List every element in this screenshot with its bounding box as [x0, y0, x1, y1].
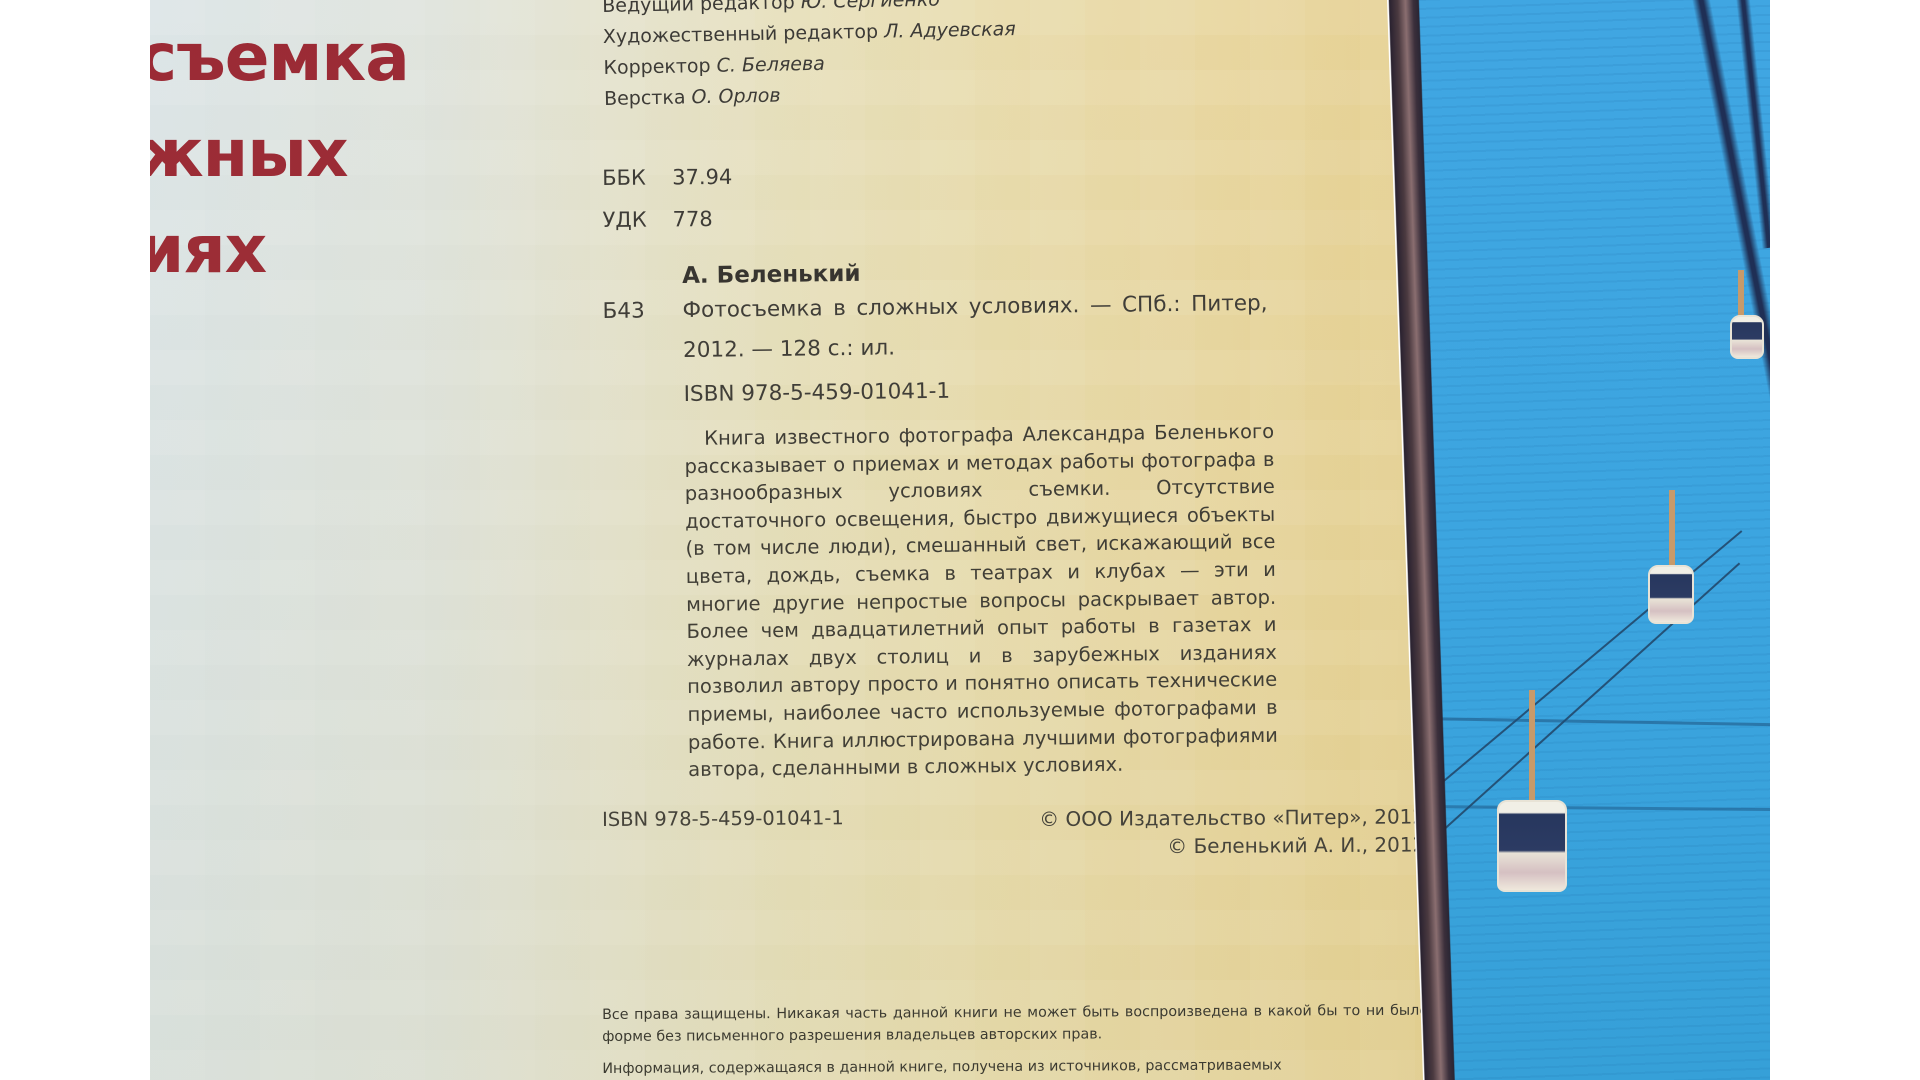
- info-notice: Информация, содержащаяся в данной книге,…: [602, 1054, 1428, 1080]
- credit-row: Ведущий редактор Ю. Сергиенко: [602, 0, 1015, 22]
- gondola-icon: [1495, 690, 1575, 900]
- copyright-block: © ООО Издательство «Питер», 2012 © Белен…: [910, 802, 1425, 862]
- gondola-icon: [1645, 490, 1695, 630]
- classification-code: УДК: [602, 198, 672, 241]
- book-abstract: Книга известного фотографа Александра Бе…: [684, 418, 1278, 784]
- book-title-line: Фотосъемка в сложных условиях. — СПб.: П…: [682, 284, 1267, 331]
- copyright-publisher: © ООО Издательство «Питер», 2012: [910, 802, 1425, 834]
- credit-row: Художественный редактор Л. Адуевская: [603, 14, 1016, 53]
- cover-title-line: съемка: [150, 10, 409, 106]
- classification-value: 778: [672, 207, 712, 231]
- isbn-line: ISBN 978-5-459-01041-1: [683, 367, 1303, 415]
- water-streak: [1420, 717, 1770, 726]
- credit-role: Корректор: [603, 55, 711, 79]
- credit-name: Л. Адуевская: [884, 18, 1016, 43]
- credit-name: О. Орлов: [691, 85, 780, 109]
- legal-notice: Все права защищены. Никакая часть данной…: [602, 1000, 1428, 1080]
- catalog-code: Б43: [602, 291, 682, 332]
- credit-name: С. Беляева: [716, 53, 825, 77]
- classification-codes: ББК37.94 УДК778: [602, 156, 733, 241]
- classification-code: ББК: [602, 156, 672, 199]
- credit-role: Верстка: [604, 86, 686, 110]
- cover-title-line: иях: [150, 202, 409, 298]
- credit-role: Ведущий редактор: [602, 0, 795, 17]
- author-name: А. Беленький: [682, 253, 1302, 291]
- publication-line: 2012. — 128 с.: ил.: [683, 323, 1303, 371]
- cover-title-line: жных: [150, 106, 409, 202]
- photographed-book-spread: съемка жных иях Ведущий редактор Ю. Серг…: [0, 0, 1920, 1080]
- editorial-credits: Ведущий редактор Ю. Сергиенко Художестве…: [602, 0, 1017, 115]
- classification-value: 37.94: [672, 165, 732, 190]
- credit-name: Ю. Сергиенко: [801, 0, 941, 13]
- copyright-author: © Беленький А. И., 2012: [910, 830, 1425, 862]
- credit-role: Художественный редактор: [603, 21, 879, 48]
- footer-isbn: ISBN 978-5-459-01041-1: [602, 806, 844, 831]
- water-streak: [1420, 805, 1770, 811]
- credit-row: Верстка О. Орлов: [604, 76, 1017, 115]
- credit-row: Корректор С. Беляева: [603, 45, 1016, 84]
- gondola-icon: [1720, 270, 1760, 370]
- classification-row: ББК37.94: [602, 156, 732, 199]
- imprint-page: съемка жных иях Ведущий редактор Ю. Серг…: [150, 0, 1590, 1080]
- cover-title-fragment: съемка жных иях: [150, 10, 409, 298]
- book-photo: съемка жных иях Ведущий редактор Ю. Серг…: [150, 0, 1770, 1080]
- bibliographic-record: А. Беленький Б43 Фотосъемка в сложных ус…: [602, 253, 1308, 784]
- classification-row: УДК778: [602, 198, 732, 241]
- rights-notice: Все права защищены. Никакая часть данной…: [602, 1000, 1428, 1048]
- catalog-row: Б43 Фотосъемка в сложных условиях. — СПб…: [602, 283, 1302, 332]
